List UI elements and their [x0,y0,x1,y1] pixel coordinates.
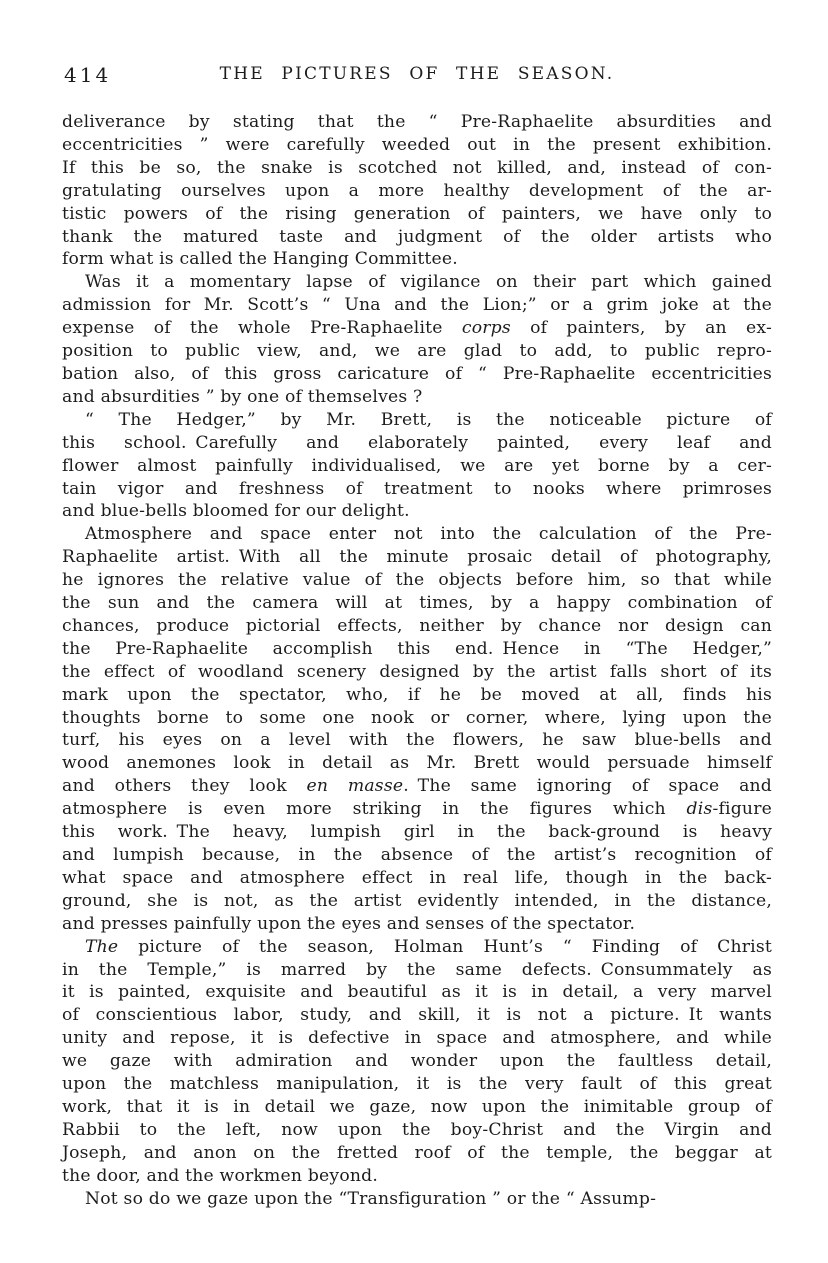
text-line: Atmosphere and space enter not into the … [62,523,772,546]
text-line: Raphaelite artist. With all the minute p… [62,546,772,569]
text-line: gratulating ourselves upon a more health… [62,180,772,203]
text-line: Was it a momentary lapse of vigilance on… [62,271,772,294]
scanned-page: 414 THE PICTURES OF THE SEASON. delivera… [0,0,828,1263]
text-line: “ The Hedger,” by Mr. Brett, is the noti… [62,409,772,432]
text-line: the effect of woodland scenery designed … [62,661,772,684]
text-line: this school. Carefully and elaborately p… [62,432,772,455]
text-line: in the Temple,” is marred by the same de… [62,959,772,982]
text-line: turf, his eyes on a level with the flowe… [62,729,772,752]
text-line: eccentricities ” were carefully weeded o… [62,134,772,157]
text-line: unity and repose, it is defective in spa… [62,1027,772,1050]
text-line: thank the matured taste and judgment of … [62,226,772,249]
text-line: atmosphere is even more striking in the … [62,798,772,821]
text-line: position to public view, and, we are gla… [62,340,772,363]
text-line: expense of the whole Pre-Raphaelite corp… [62,317,772,340]
text-line: and others they look en masse. The same … [62,775,772,798]
text-line: tistic powers of the rising generation o… [62,203,772,226]
text-line: and absurdities ” by one of themselves ? [62,386,772,409]
text-line: The picture of the season, Holman Hunt’s… [62,936,772,959]
text-line: and lumpish because, in the absence of t… [62,844,772,867]
text-line: Not so do we gaze upon the “Transfigurat… [62,1188,772,1211]
paragraph: Atmosphere and space enter not into the … [62,523,772,935]
paragraph: The picture of the season, Holman Hunt’s… [62,936,772,1188]
text-line: upon the matchless manipulation, it is t… [62,1073,772,1096]
text-line: the door, and the workmen beyond. [62,1165,772,1188]
text-line: bation also, of this gross caricature of… [62,363,772,386]
text-line: ground, she is not, as the artist eviden… [62,890,772,913]
text-line: work, that it is in detail we gaze, now … [62,1096,772,1119]
text-line: Rabbii to the left, now upon the boy-Chr… [62,1119,772,1142]
page-number: 414 [64,63,111,87]
text-line: this work. The heavy, lumpish girl in th… [62,821,772,844]
text-line: form what is called the Hanging Committe… [62,248,772,271]
text-line: the Pre-Raphaelite accomplish this end. … [62,638,772,661]
page-body: deliverance by stating that the “ Pre-Ra… [62,111,772,1211]
text-line: and blue-bells bloomed for our delight. [62,500,772,523]
text-line: admission for Mr. Scott’s “ Una and the … [62,294,772,317]
text-line: we gaze with admiration and wonder upon … [62,1050,772,1073]
paragraph: Not so do we gaze upon the “Transfigurat… [62,1188,772,1211]
text-line: mark upon the spectator, who, if he be m… [62,684,772,707]
running-head: 414 THE PICTURES OF THE SEASON. [62,62,772,88]
text-line: chances, produce pictorial effects, neit… [62,615,772,638]
text-line: wood anemones look in detail as Mr. Bret… [62,752,772,775]
text-line: Joseph, and anon on the fretted roof of … [62,1142,772,1165]
paragraph: deliverance by stating that the “ Pre-Ra… [62,111,772,271]
text-line: tain vigor and freshness of treatment to… [62,478,772,501]
text-line: deliverance by stating that the “ Pre-Ra… [62,111,772,134]
text-line: and presses painfully upon the eyes and … [62,913,772,936]
text-line: the sun and the camera will at times, by… [62,592,772,615]
paragraph: Was it a momentary lapse of vigilance on… [62,271,772,408]
text-line: it is painted, exquisite and beautiful a… [62,981,772,1004]
running-title: THE PICTURES OF THE SEASON. [62,62,772,84]
text-line: he ignores the relative value of the obj… [62,569,772,592]
text-line: flower almost painfully individualised, … [62,455,772,478]
text-line: If this be so, the snake is scotched not… [62,157,772,180]
text-line: of conscientious labor, study, and skill… [62,1004,772,1027]
text-line: thoughts borne to some one nook or corne… [62,707,772,730]
text-line: what space and atmosphere effect in real… [62,867,772,890]
paragraph: “ The Hedger,” by Mr. Brett, is the noti… [62,409,772,524]
